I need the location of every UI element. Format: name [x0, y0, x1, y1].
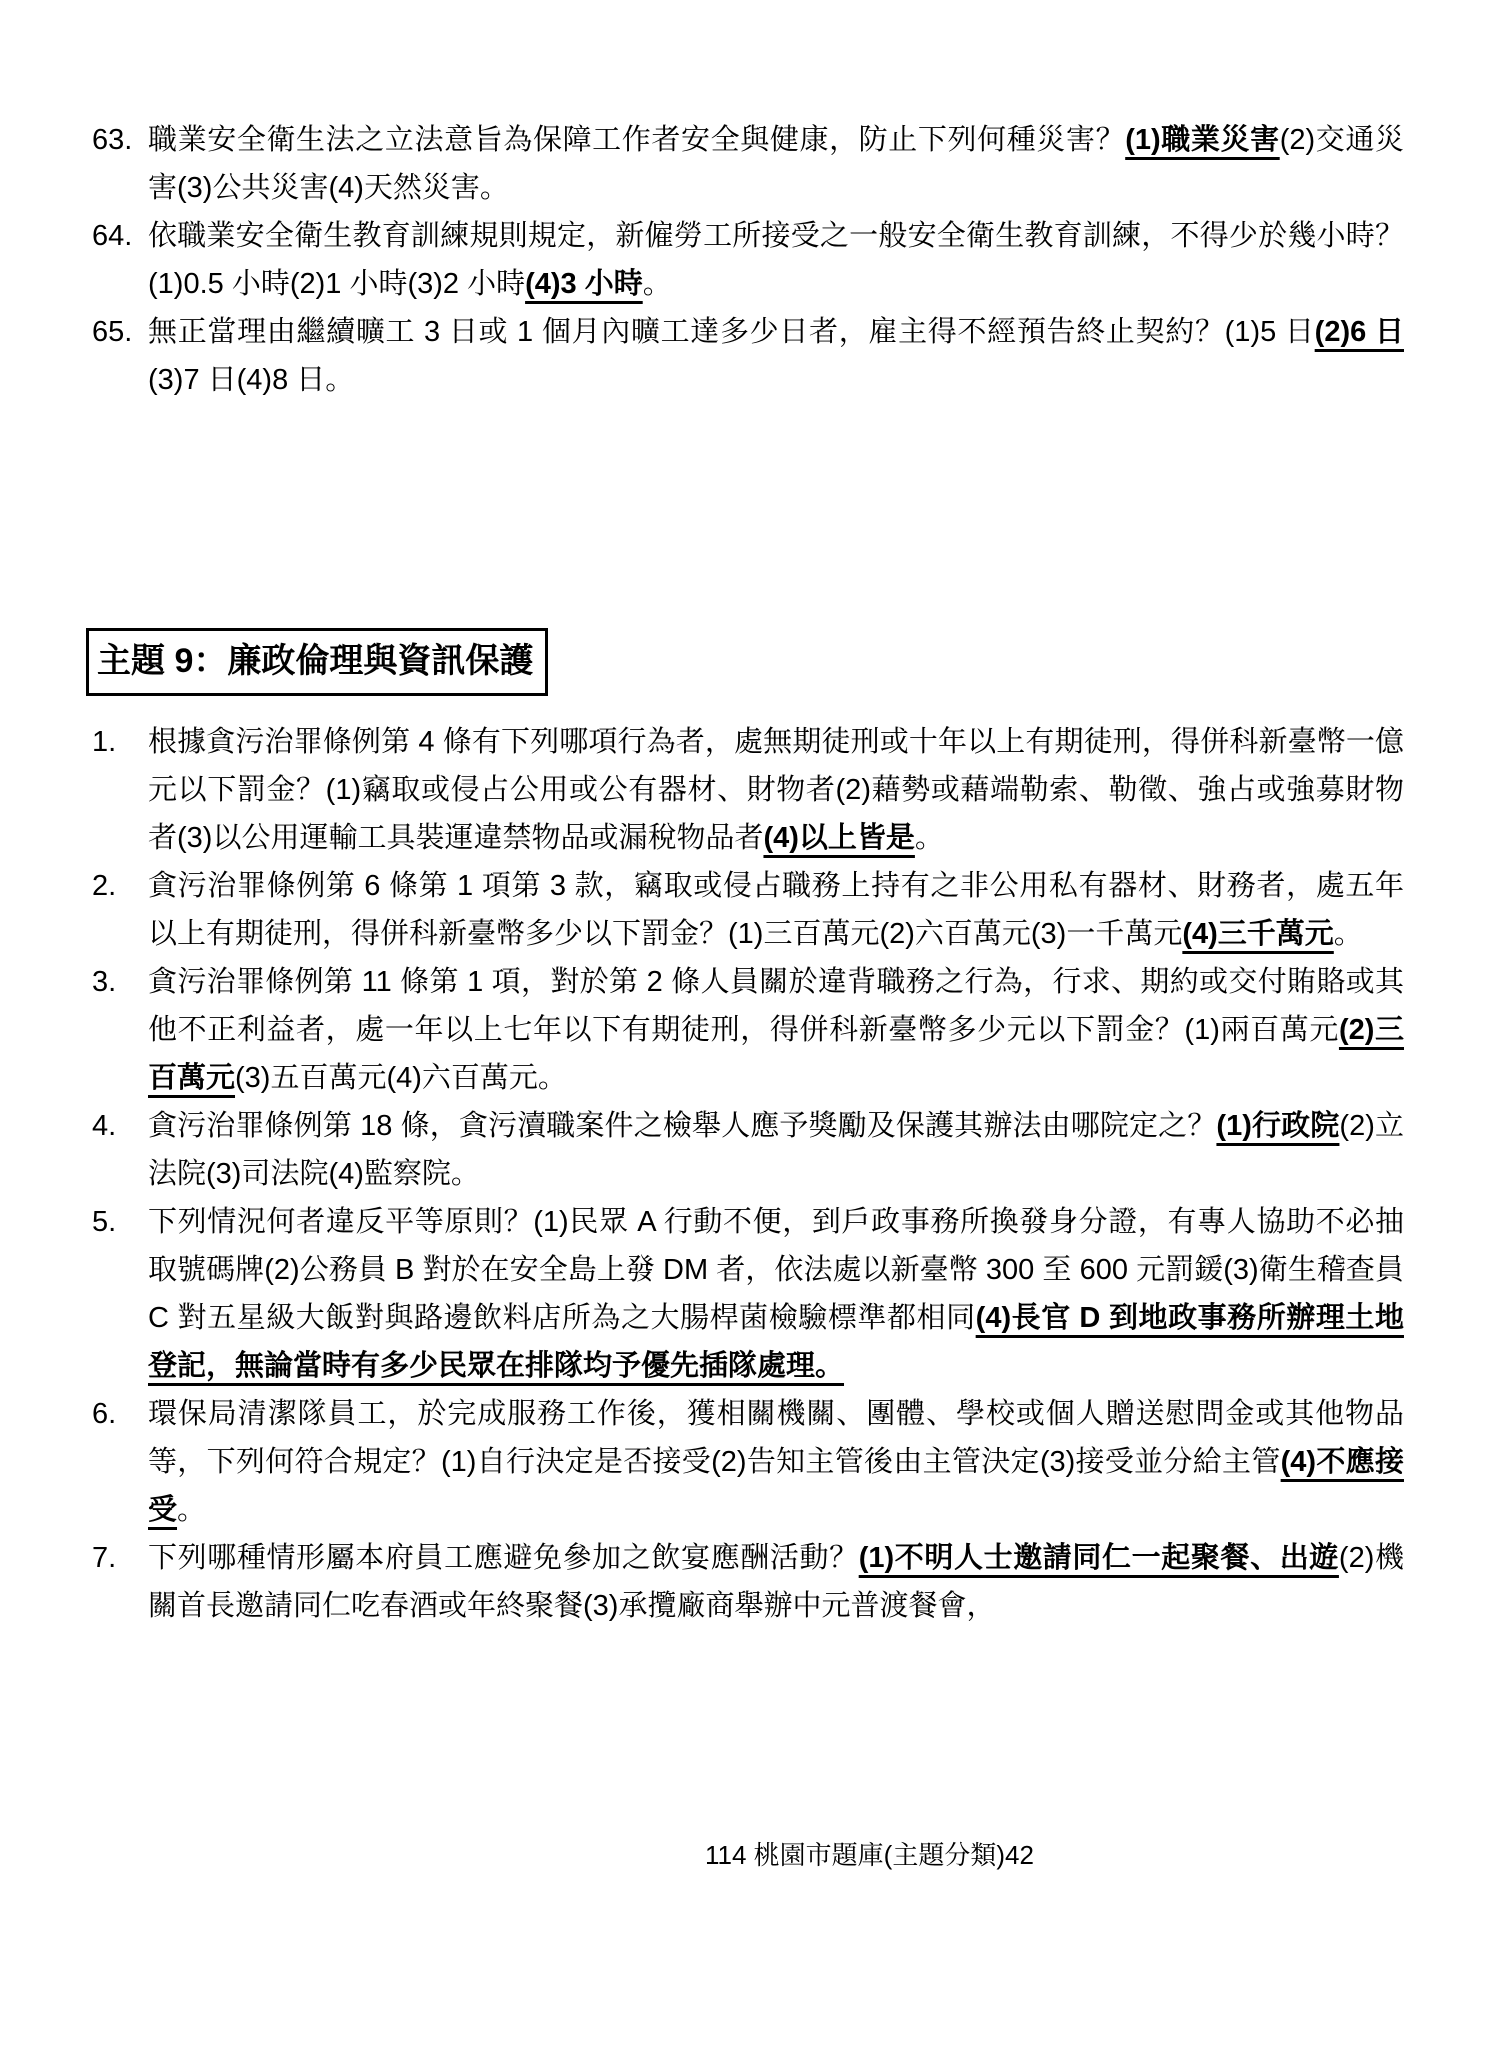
question-number: 6. — [92, 1390, 148, 1438]
question-text-segment: (3)7 日(4)8 日。 — [148, 364, 354, 396]
question-row: 63. 職業安全衛生法之立法意旨為保障工作者安全與健康，防止下列何種災害？(1)… — [92, 116, 1404, 212]
answer-highlight: (2)6 日 — [1315, 316, 1404, 348]
question-text: 貪污治罪條例第 11 條第 1 項，對於第 2 條人員關於違背職務之行為，行求、… — [148, 958, 1404, 1102]
question-number: 63. — [92, 116, 148, 164]
answer-highlight: (4)3 小時 — [525, 268, 643, 300]
question-text-segment: 環保局清潔隊員工，於完成服務工作後，獲相關機關、團體、學校或個人贈送慰問金或其他… — [148, 1398, 1404, 1478]
question-text: 貪污治罪條例第 18 條，貪污瀆職案件之檢舉人應予獎勵及保護其辦法由哪院定之？(… — [148, 1102, 1404, 1198]
question-text: 下列情況何者違反平等原則？(1)民眾 A 行動不便，到戶政事務所換發身分證，有專… — [148, 1198, 1404, 1390]
question-text: 下列哪種情形屬本府員工應避免參加之飲宴應酬活動？(1)不明人士邀請同仁一起聚餐、… — [148, 1534, 1404, 1630]
question-row: 64. 依職業安全衛生教育訓練規則規定，新僱勞工所接受之一般安全衛生教育訓練，不… — [92, 212, 1404, 308]
question-text-segment: 下列哪種情形屬本府員工應避免參加之飲宴應酬活動？ — [148, 1542, 859, 1574]
page-footer: 114 桃園市題庫(主題分類)42 — [705, 1838, 1034, 1872]
question-list-top: 63. 職業安全衛生法之立法意旨為保障工作者安全與健康，防止下列何種災害？(1)… — [92, 116, 1404, 404]
answer-highlight: (1)行政院 — [1216, 1110, 1339, 1142]
section-header: 主題 9：廉政倫理與資訊保護 — [86, 628, 548, 696]
question-row: 5. 下列情況何者違反平等原則？(1)民眾 A 行動不便，到戶政事務所換發身分證… — [92, 1198, 1404, 1390]
question-text: 無正當理由繼續曠工 3 日或 1 個月內曠工達多少日者，雇主得不經預告終止契約？… — [148, 308, 1404, 404]
answer-highlight: (1)職業災害 — [1125, 124, 1280, 156]
question-number: 3. — [92, 958, 148, 1006]
answer-highlight: (4)三千萬元 — [1182, 918, 1333, 950]
question-row: 4. 貪污治罪條例第 18 條，貪污瀆職案件之檢舉人應予獎勵及保護其辦法由哪院定… — [92, 1102, 1404, 1198]
question-text-segment: 依職業安全衛生教育訓練規則規定，新僱勞工所接受之一般安全衛生教育訓練，不得少於幾… — [148, 220, 1404, 300]
question-text: 依職業安全衛生教育訓練規則規定，新僱勞工所接受之一般安全衛生教育訓練，不得少於幾… — [148, 212, 1404, 308]
question-row: 1. 根據貪污治罪條例第 4 條有下列哪項行為者，處無期徒刑或十年以上有期徒刑，… — [92, 718, 1404, 862]
answer-highlight: (4)以上皆是 — [763, 822, 914, 854]
question-number: 5. — [92, 1198, 148, 1246]
question-row: 2. 貪污治罪條例第 6 條第 1 項第 3 款，竊取或侵占職務上持有之非公用私… — [92, 862, 1404, 958]
question-text-segment: 。 — [643, 268, 672, 300]
answer-highlight: (1)不明人士邀請同仁一起聚餐、出遊 — [859, 1542, 1339, 1574]
question-text-segment: 。 — [1334, 918, 1363, 950]
question-row: 7. 下列哪種情形屬本府員工應避免參加之飲宴應酬活動？(1)不明人士邀請同仁一起… — [92, 1534, 1404, 1630]
question-text: 根據貪污治罪條例第 4 條有下列哪項行為者，處無期徒刑或十年以上有期徒刑，得併科… — [148, 718, 1404, 862]
question-text: 貪污治罪條例第 6 條第 1 項第 3 款，竊取或侵占職務上持有之非公用私有器材… — [148, 862, 1404, 958]
question-row: 65. 無正當理由繼續曠工 3 日或 1 個月內曠工達多少日者，雇主得不經預告終… — [92, 308, 1404, 404]
question-text-segment: (3)五百萬元(4)六百萬元。 — [235, 1062, 567, 1094]
question-text-segment: 無正當理由繼續曠工 3 日或 1 個月內曠工達多少日者，雇主得不經預告終止契約？… — [148, 316, 1315, 348]
question-list-main: 1. 根據貪污治罪條例第 4 條有下列哪項行為者，處無期徒刑或十年以上有期徒刑，… — [92, 718, 1404, 1630]
question-text-segment: 。 — [915, 822, 944, 854]
question-text-segment: 貪污治罪條例第 18 條，貪污瀆職案件之檢舉人應予獎勵及保護其辦法由哪院定之？ — [148, 1110, 1216, 1142]
question-text-segment: 貪污治罪條例第 11 條第 1 項，對於第 2 條人員關於違背職務之行為，行求、… — [148, 966, 1404, 1046]
question-number: 65. — [92, 308, 148, 356]
question-row: 3. 貪污治罪條例第 11 條第 1 項，對於第 2 條人員關於違背職務之行為，… — [92, 958, 1404, 1102]
question-number: 4. — [92, 1102, 148, 1150]
question-number: 1. — [92, 718, 148, 766]
question-text-segment: 。 — [177, 1494, 206, 1526]
question-text: 環保局清潔隊員工，於完成服務工作後，獲相關機關、團體、學校或個人贈送慰問金或其他… — [148, 1390, 1404, 1534]
question-number: 2. — [92, 862, 148, 910]
document-page: 63. 職業安全衛生法之立法意旨為保障工作者安全與健康，防止下列何種災害？(1)… — [0, 0, 1496, 2048]
question-row: 6. 環保局清潔隊員工，於完成服務工作後，獲相關機關、團體、學校或個人贈送慰問金… — [92, 1390, 1404, 1534]
question-text-segment: 職業安全衛生法之立法意旨為保障工作者安全與健康，防止下列何種災害？ — [148, 124, 1125, 156]
question-number: 7. — [92, 1534, 148, 1582]
question-number: 64. — [92, 212, 148, 260]
question-text: 職業安全衛生法之立法意旨為保障工作者安全與健康，防止下列何種災害？(1)職業災害… — [148, 116, 1404, 212]
